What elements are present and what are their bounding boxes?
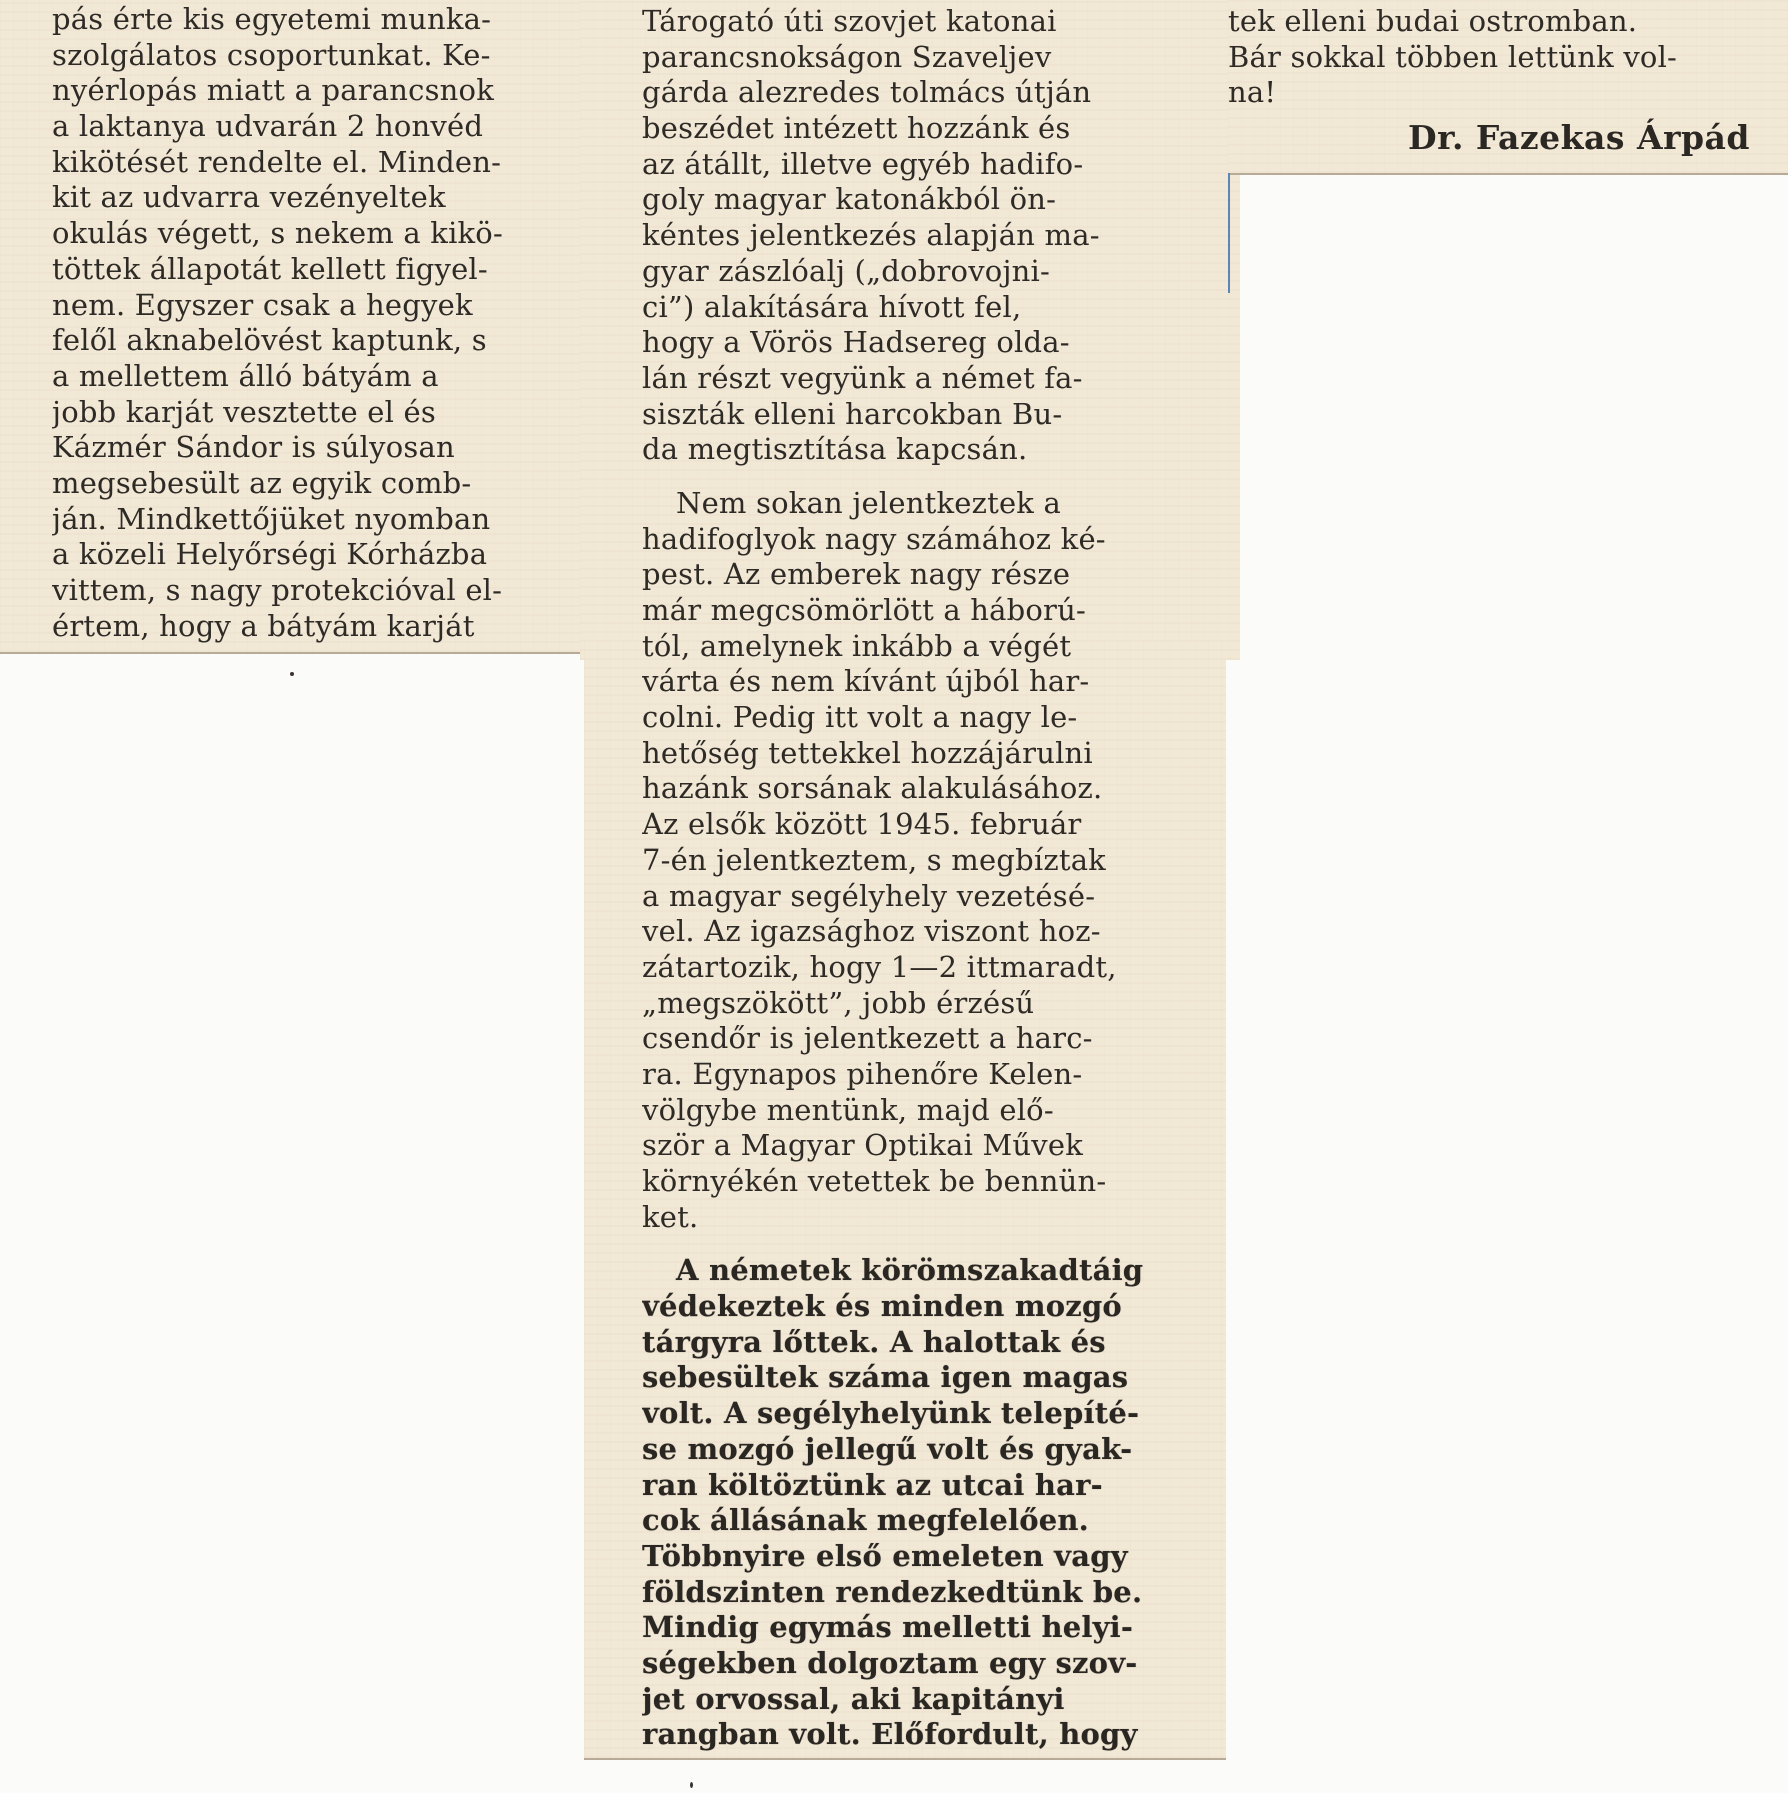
text-line: kit az udvarra vezényeltek [52, 180, 586, 216]
text-line: kikötését rendelte el. Minden- [52, 145, 586, 181]
text-line: Bár sokkal többen lettünk vol- [1228, 40, 1748, 76]
text-line: Mindig egymás melletti helyi- [642, 1610, 1174, 1646]
ink-speck [690, 1782, 693, 1788]
text-line: pás érte kis egyetemi munka- [52, 2, 586, 38]
text-line: szolgálatos csoportunkat. Ke- [52, 38, 586, 74]
text-line: Az elsők között 1945. február [642, 807, 1174, 843]
article-column-middle: Tárogató úti szovjet katonai parancsnoks… [642, 4, 1174, 1753]
text-line: se mozgó jellegű volt és gyak- [642, 1432, 1174, 1468]
text-line: Kázmér Sándor is súlyosan [52, 430, 586, 466]
text-line: A németek körömszakadtáig [642, 1253, 1174, 1289]
text-line: a magyar segélyhely vezetésé- [642, 879, 1174, 915]
text-line: sebesültek száma igen magas [642, 1360, 1174, 1396]
text-line: környékén vetettek be bennün- [642, 1164, 1174, 1200]
text-line: 7-én jelentkeztem, s megbíztak [642, 843, 1174, 879]
text-line: ket. [642, 1200, 1174, 1236]
text-line: hetőség tettekkel hozzájárulni [642, 736, 1174, 772]
text-line: parancsnokságon Szaveljev [642, 40, 1174, 76]
text-line: védekeztek és minden mozgó [642, 1289, 1174, 1325]
text-line: felől aknabelövést kaptunk, s [52, 323, 586, 359]
text-line: tól, amelynek inkább a végét [642, 629, 1174, 665]
text-line: kéntes jelentkezés alapján ma- [642, 218, 1174, 254]
text-line: földszinten rendezkedtünk be. [642, 1575, 1174, 1611]
text-line: cok állásának megfelelően. [642, 1503, 1174, 1539]
text-line: okulás végett, s nekem a kikö- [52, 216, 586, 252]
text-line: tárgyra lőttek. A halottak és [642, 1325, 1174, 1361]
article-column-left: pás érte kis egyetemi munka- szolgálatos… [52, 2, 586, 644]
text-line: hogy a Vörös Hadsereg olda- [642, 325, 1174, 361]
text-line: ségekben dolgoztam egy szov- [642, 1646, 1174, 1682]
text-line: ször a Magyar Optikai Művek [642, 1128, 1174, 1164]
text-line: a mellettem álló bátyám a [52, 359, 586, 395]
text-line: colni. Pedig itt volt a nagy le- [642, 700, 1174, 736]
text-line: az átállt, illetve egyéb hadifo- [642, 147, 1174, 183]
text-line: rangban volt. Előfordult, hogy [642, 1717, 1174, 1753]
text-line: jet orvossal, aki kapitányi [642, 1682, 1174, 1718]
text-line: ci”) alakítására hívott fel, [642, 290, 1174, 326]
text-line: megsebesült az egyik comb- [52, 466, 586, 502]
blue-edge-line [1228, 173, 1230, 293]
author-signature: Dr. Fazekas Árpád [1228, 118, 1750, 157]
text-line: goly magyar katonákból ön- [642, 182, 1174, 218]
text-line: pest. Az emberek nagy része [642, 557, 1174, 593]
text-line: töttek állapotát kellett figyel- [52, 252, 586, 288]
text-line: ján. Mindkettőjüket nyomban [52, 502, 586, 538]
text-line: már megcsömörlött a háború- [642, 593, 1174, 629]
text-line: Tárogató úti szovjet katonai [642, 4, 1174, 40]
text-line: Nem sokan jelentkeztek a [642, 486, 1174, 522]
text-line: Többnyire első emeleten vagy [642, 1539, 1174, 1575]
text-line: nem. Egyszer csak a hegyek [52, 288, 586, 324]
text-line: várta és nem kívánt újból har- [642, 664, 1174, 700]
text-line: „megszökött”, jobb érzésű [642, 986, 1174, 1022]
text-line: gyar zászlóalj („dobrovojni- [642, 254, 1174, 290]
text-line: csendőr is jelentkezett a harc- [642, 1021, 1174, 1057]
text-line: völgybe mentünk, majd elő- [642, 1093, 1174, 1129]
text-line: vel. Az igazsághoz viszont hoz- [642, 914, 1174, 950]
text-line: volt. A segélyhelyünk telepíté- [642, 1396, 1174, 1432]
text-line: ra. Egynapos pihenőre Kelen- [642, 1057, 1174, 1093]
text-line: beszédet intézett hozzánk és [642, 111, 1174, 147]
text-line: jobb karját vesztette el és [52, 395, 586, 431]
text-line: zátartozik, hogy 1—2 ittmaradt, [642, 950, 1174, 986]
text-line: a laktanya udvarán 2 honvéd [52, 109, 586, 145]
article-column-right: tek elleni budai ostromban. Bár sokkal t… [1228, 4, 1748, 111]
text-line: ran költöztünk az utcai har- [642, 1468, 1174, 1504]
text-line: vittem, s nagy protekcióval el- [52, 573, 586, 609]
text-line: hazánk sorsának alakulásához. [642, 771, 1174, 807]
text-line: értem, hogy a bátyám karját [52, 609, 586, 645]
text-line: da megtisztítása kapcsán. [642, 432, 1174, 468]
ink-speck [290, 672, 294, 676]
text-line: siszták elleni harcokban Bu- [642, 397, 1174, 433]
text-line: nyérlopás miatt a parancsnok [52, 73, 586, 109]
text-line: a közeli Helyőrségi Kórházba [52, 537, 586, 573]
text-line: tek elleni budai ostromban. [1228, 4, 1748, 40]
text-line: hadifoglyok nagy számához ké- [642, 522, 1174, 558]
text-line: na! [1228, 75, 1748, 111]
text-line: lán részt vegyünk a német fa- [642, 361, 1174, 397]
text-line: gárda alezredes tolmács útján [642, 75, 1174, 111]
